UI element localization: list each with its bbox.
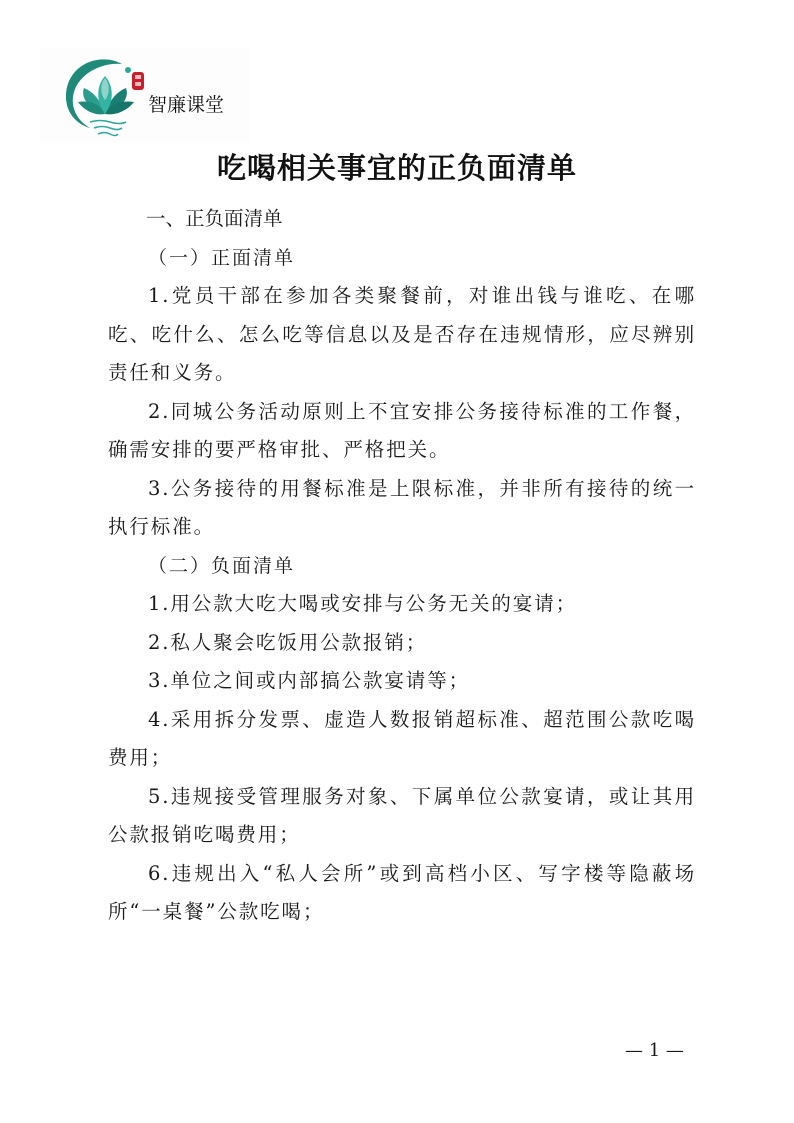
- negative-item-2: 2.私人聚会吃饭用公款报销；: [108, 624, 696, 663]
- negative-item-5: 5.违规接受管理服务对象、下属单位公款宴请，或让其用公款报销吃喝费用；: [108, 778, 696, 855]
- positive-item-2: 2.同城公务活动原则上不宜安排公务接待标准的工作餐，确需安排的要严格审批、严格把…: [108, 393, 696, 470]
- logo: 智廉课堂: [40, 48, 250, 143]
- negative-item-3: 3.单位之间或内部搞公款宴请等；: [108, 662, 696, 701]
- positive-item-3: 3.公务接待的用餐标准是上限标准，并非所有接待的统一执行标准。: [108, 470, 696, 547]
- subsection-heading-negative: （二）负面清单: [108, 547, 696, 586]
- page-number: — 1 —: [625, 1040, 684, 1061]
- document-body: 一、正负面清单 （一）正面清单 1.党员干部在参加各类聚餐前，对谁出钱与谁吃、在…: [108, 200, 696, 932]
- negative-item-4: 4.采用拆分发票、虚造人数报销超标准、超范围公款吃喝费用；: [108, 701, 696, 778]
- logo-text: 智廉课堂: [148, 90, 224, 117]
- subsection-heading-positive: （一）正面清单: [108, 239, 696, 278]
- positive-item-1: 1.党员干部在参加各类聚餐前，对谁出钱与谁吃、在哪吃、吃什么、怎么吃等信息以及是…: [108, 277, 696, 393]
- lotus-logo-icon: [60, 54, 150, 142]
- negative-item-6: 6.违规出入“私人会所”或到高档小区、写字楼等隐蔽场所“一桌餐”公款吃喝；: [108, 855, 696, 932]
- section-heading: 一、正负面清单: [108, 200, 696, 239]
- document-title: 吃喝相关事宜的正负面清单: [0, 146, 794, 187]
- negative-item-1: 1.用公款大吃大喝或安排与公务无关的宴请；: [108, 585, 696, 624]
